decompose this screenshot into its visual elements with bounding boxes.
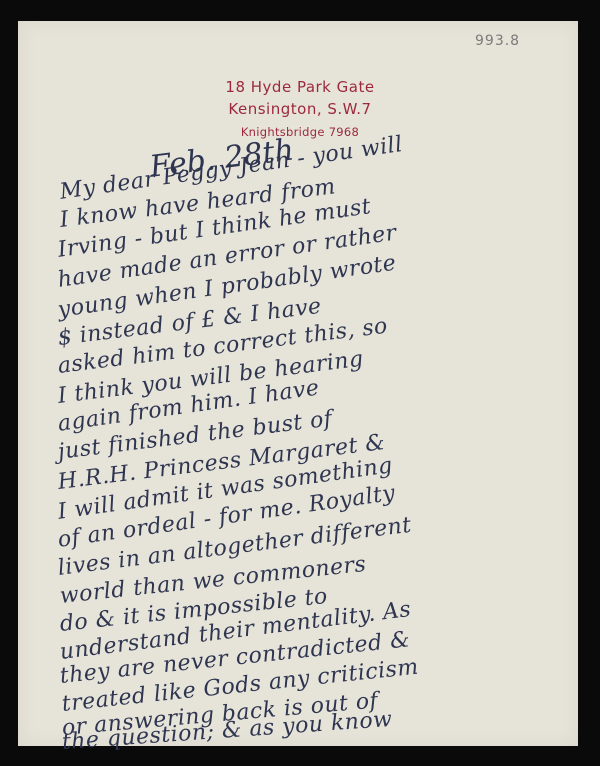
- letterhead-address-line-2: Kensington, S.W.7: [190, 98, 410, 120]
- letterhead: 18 Hyde Park Gate Kensington, S.W.7 Knig…: [190, 76, 410, 142]
- archive-reference-number: 993.8: [475, 33, 520, 49]
- letterhead-address-line-1: 18 Hyde Park Gate: [190, 76, 410, 98]
